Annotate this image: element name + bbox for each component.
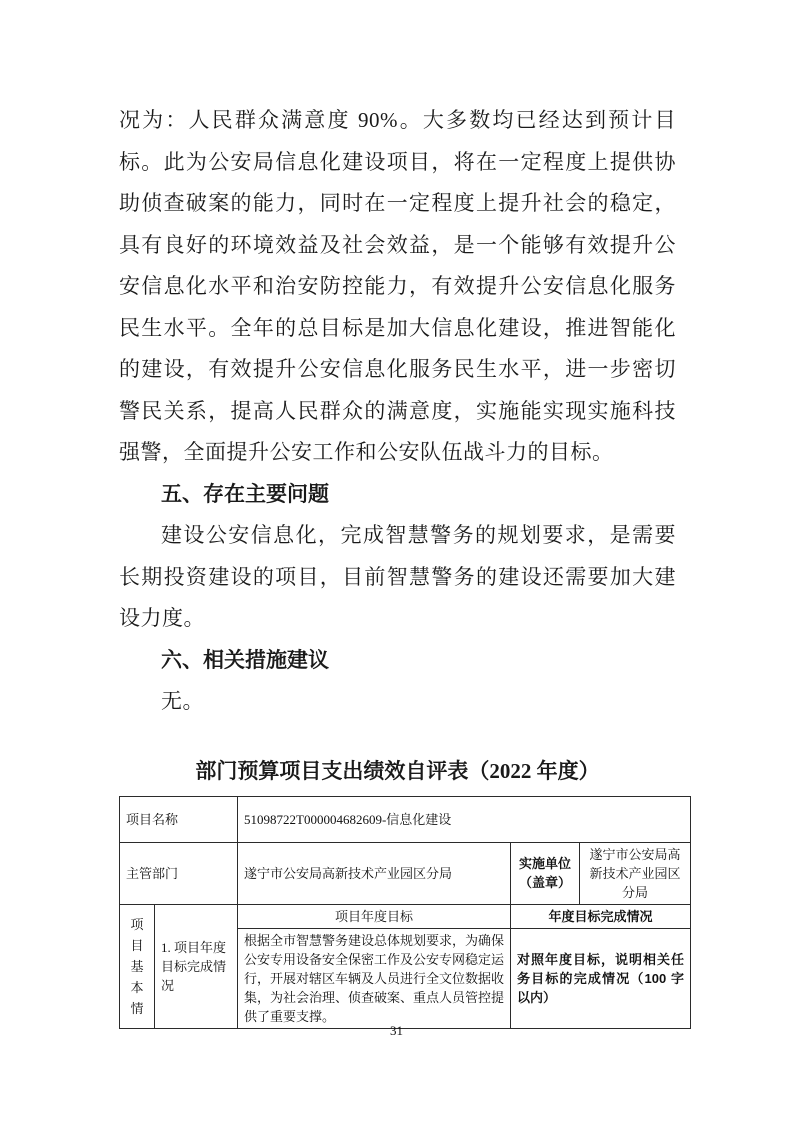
- project-name-label: 项目名称: [120, 796, 238, 842]
- implement-unit-value: 遂宁市公安局高新技术产业园区分局: [580, 842, 691, 904]
- section-side-label: 项目基本情: [120, 904, 155, 1028]
- document-content: 况为：人民群众满意度 90%。大多数均已经达到预计目标。此为公安局信息化建设项目…: [0, 0, 793, 1029]
- completion-note: 对照年度目标，说明相关任务目标的完成情况（100 字以内）: [511, 928, 691, 1028]
- project-name-value: 51098722T000004682609-信息化建设: [238, 796, 691, 842]
- section5-body: 建设公安信息化，完成智慧警务的规划要求，是需要长期投资建设的项目，目前智慧警务的…: [119, 515, 676, 640]
- section6-body: 无。: [119, 681, 676, 723]
- table-row: 项目基本情 1. 项目年度目标完成情况 项目年度目标 年度目标完成情况: [120, 904, 691, 928]
- section6-heading: 六、相关措施建议: [119, 640, 676, 682]
- annual-goal-text: 根据全市智慧警务建设总体规划要求，为确保公安专用设备安全保密工作及公安专网稳定运…: [238, 928, 511, 1028]
- department-label: 主管部门: [120, 842, 238, 904]
- table-row: 项目名称 51098722T000004682609-信息化建设: [120, 796, 691, 842]
- department-value: 遂宁市公安局高新技术产业园区分局: [238, 842, 511, 904]
- document-page: 况为：人民群众满意度 90%。大多数均已经达到预计目标。此为公安局信息化建设项目…: [0, 0, 793, 1122]
- table-title: 部门预算项目支出绩效自评表（2022 年度）: [119, 750, 676, 792]
- performance-self-evaluation-table: 项目名称 51098722T000004682609-信息化建设 主管部门 遂宁…: [119, 796, 691, 1029]
- implement-unit-label: 实施单位（盖章）: [511, 842, 580, 904]
- paragraph-continuation: 况为：人民群众满意度 90%。大多数均已经达到预计目标。此为公安局信息化建设项目…: [119, 100, 676, 474]
- annual-goal-header: 项目年度目标: [238, 904, 511, 928]
- page-number: 31: [0, 1023, 793, 1039]
- table-row: 主管部门 遂宁市公安局高新技术产业园区分局 实施单位（盖章） 遂宁市公安局高新技…: [120, 842, 691, 904]
- section-side-label-text: 项目基本情: [131, 914, 144, 1019]
- section5-heading: 五、存在主要问题: [119, 474, 676, 516]
- completion-header: 年度目标完成情况: [511, 904, 691, 928]
- row1-label: 1. 项目年度目标完成情况: [155, 904, 238, 1028]
